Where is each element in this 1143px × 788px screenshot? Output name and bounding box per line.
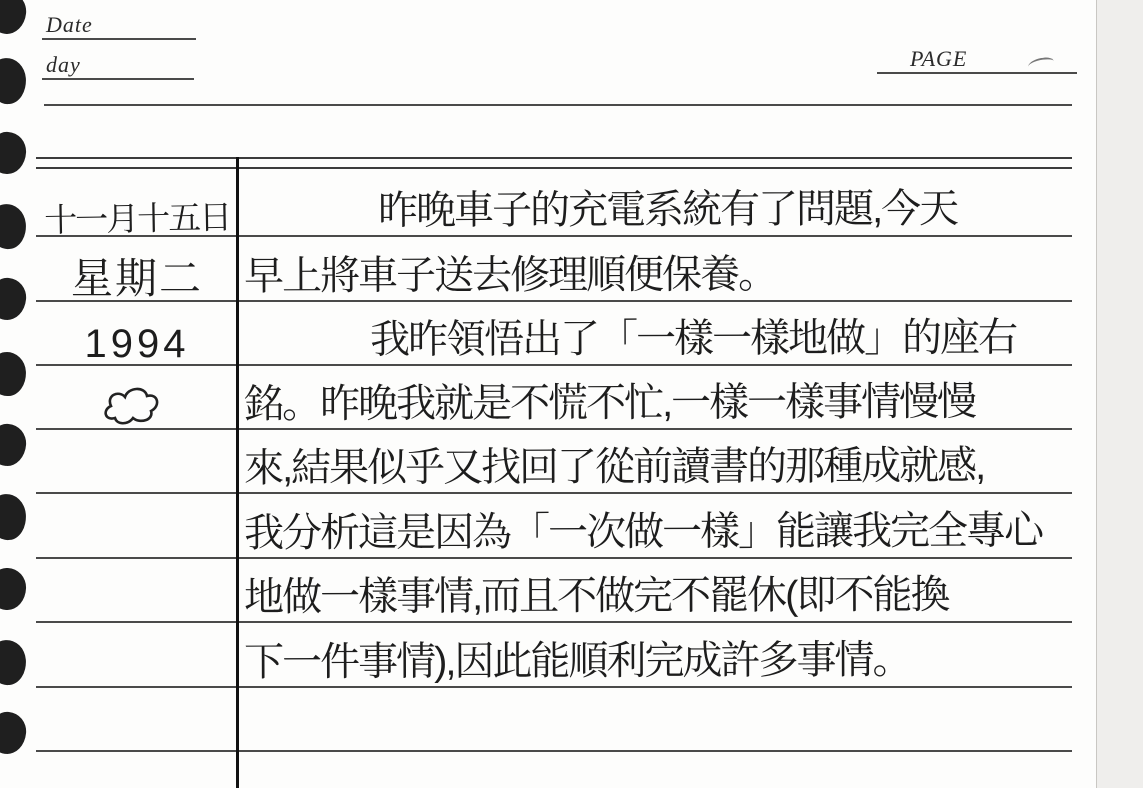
margin-weekday: 星期二 bbox=[38, 235, 236, 310]
notebook-page: Date day PAGE 十一月十五日 星期二 1994 昨晚車子的充電系統有… bbox=[0, 0, 1143, 788]
diary-line: 來,結果似乎又找回了從前讀書的那種成就感, bbox=[244, 429, 1080, 494]
diary-line: 我分析這是因為「一次做一樣」能讓我完全專心 bbox=[244, 494, 1080, 559]
binder-hole bbox=[0, 202, 28, 251]
date-underline bbox=[42, 38, 196, 40]
page-label: PAGE bbox=[910, 46, 967, 72]
binder-hole bbox=[0, 351, 27, 397]
binder-hole bbox=[0, 0, 28, 36]
diary-line: 下一件事情),因此能順利完成許多事情。 bbox=[244, 623, 1080, 688]
diary-line: 昨晚車子的充電系統有了問題,今天 bbox=[244, 172, 1080, 237]
ruled-line bbox=[44, 104, 1072, 106]
binder-hole bbox=[0, 639, 28, 686]
day-label: day bbox=[46, 52, 81, 78]
day-underline bbox=[42, 78, 194, 80]
diary-line: 銘。昨晚我就是不慌不忙,一樣一樣事情慢慢 bbox=[244, 365, 1080, 430]
margin-divider bbox=[236, 157, 239, 788]
diary-line: 地做一樣事情,而且不做完不罷休(即不能換 bbox=[244, 558, 1080, 623]
binder-hole bbox=[0, 493, 28, 542]
paper-right-edge bbox=[1096, 0, 1143, 788]
binder-hole bbox=[0, 131, 27, 175]
ruled-line bbox=[36, 750, 1072, 752]
diary-line: 我昨領悟出了「一樣一樣地做」的座右 bbox=[244, 301, 1080, 366]
margin-year: 1994 bbox=[38, 300, 236, 378]
binder-hole bbox=[0, 423, 27, 467]
page-underline bbox=[877, 72, 1077, 74]
margin-date: 十一月十五日 bbox=[37, 166, 236, 244]
binder-hole bbox=[0, 567, 27, 610]
date-label: Date bbox=[46, 12, 93, 38]
binder-hole bbox=[0, 277, 28, 322]
cloud-doodle-icon bbox=[100, 382, 164, 428]
diary-line: 早上將車子送去修理順便保養。 bbox=[244, 237, 1080, 302]
binder-hole bbox=[0, 711, 28, 756]
pen-mark bbox=[1027, 56, 1054, 72]
binder-hole bbox=[0, 57, 28, 105]
table-top-rule bbox=[36, 157, 1072, 159]
